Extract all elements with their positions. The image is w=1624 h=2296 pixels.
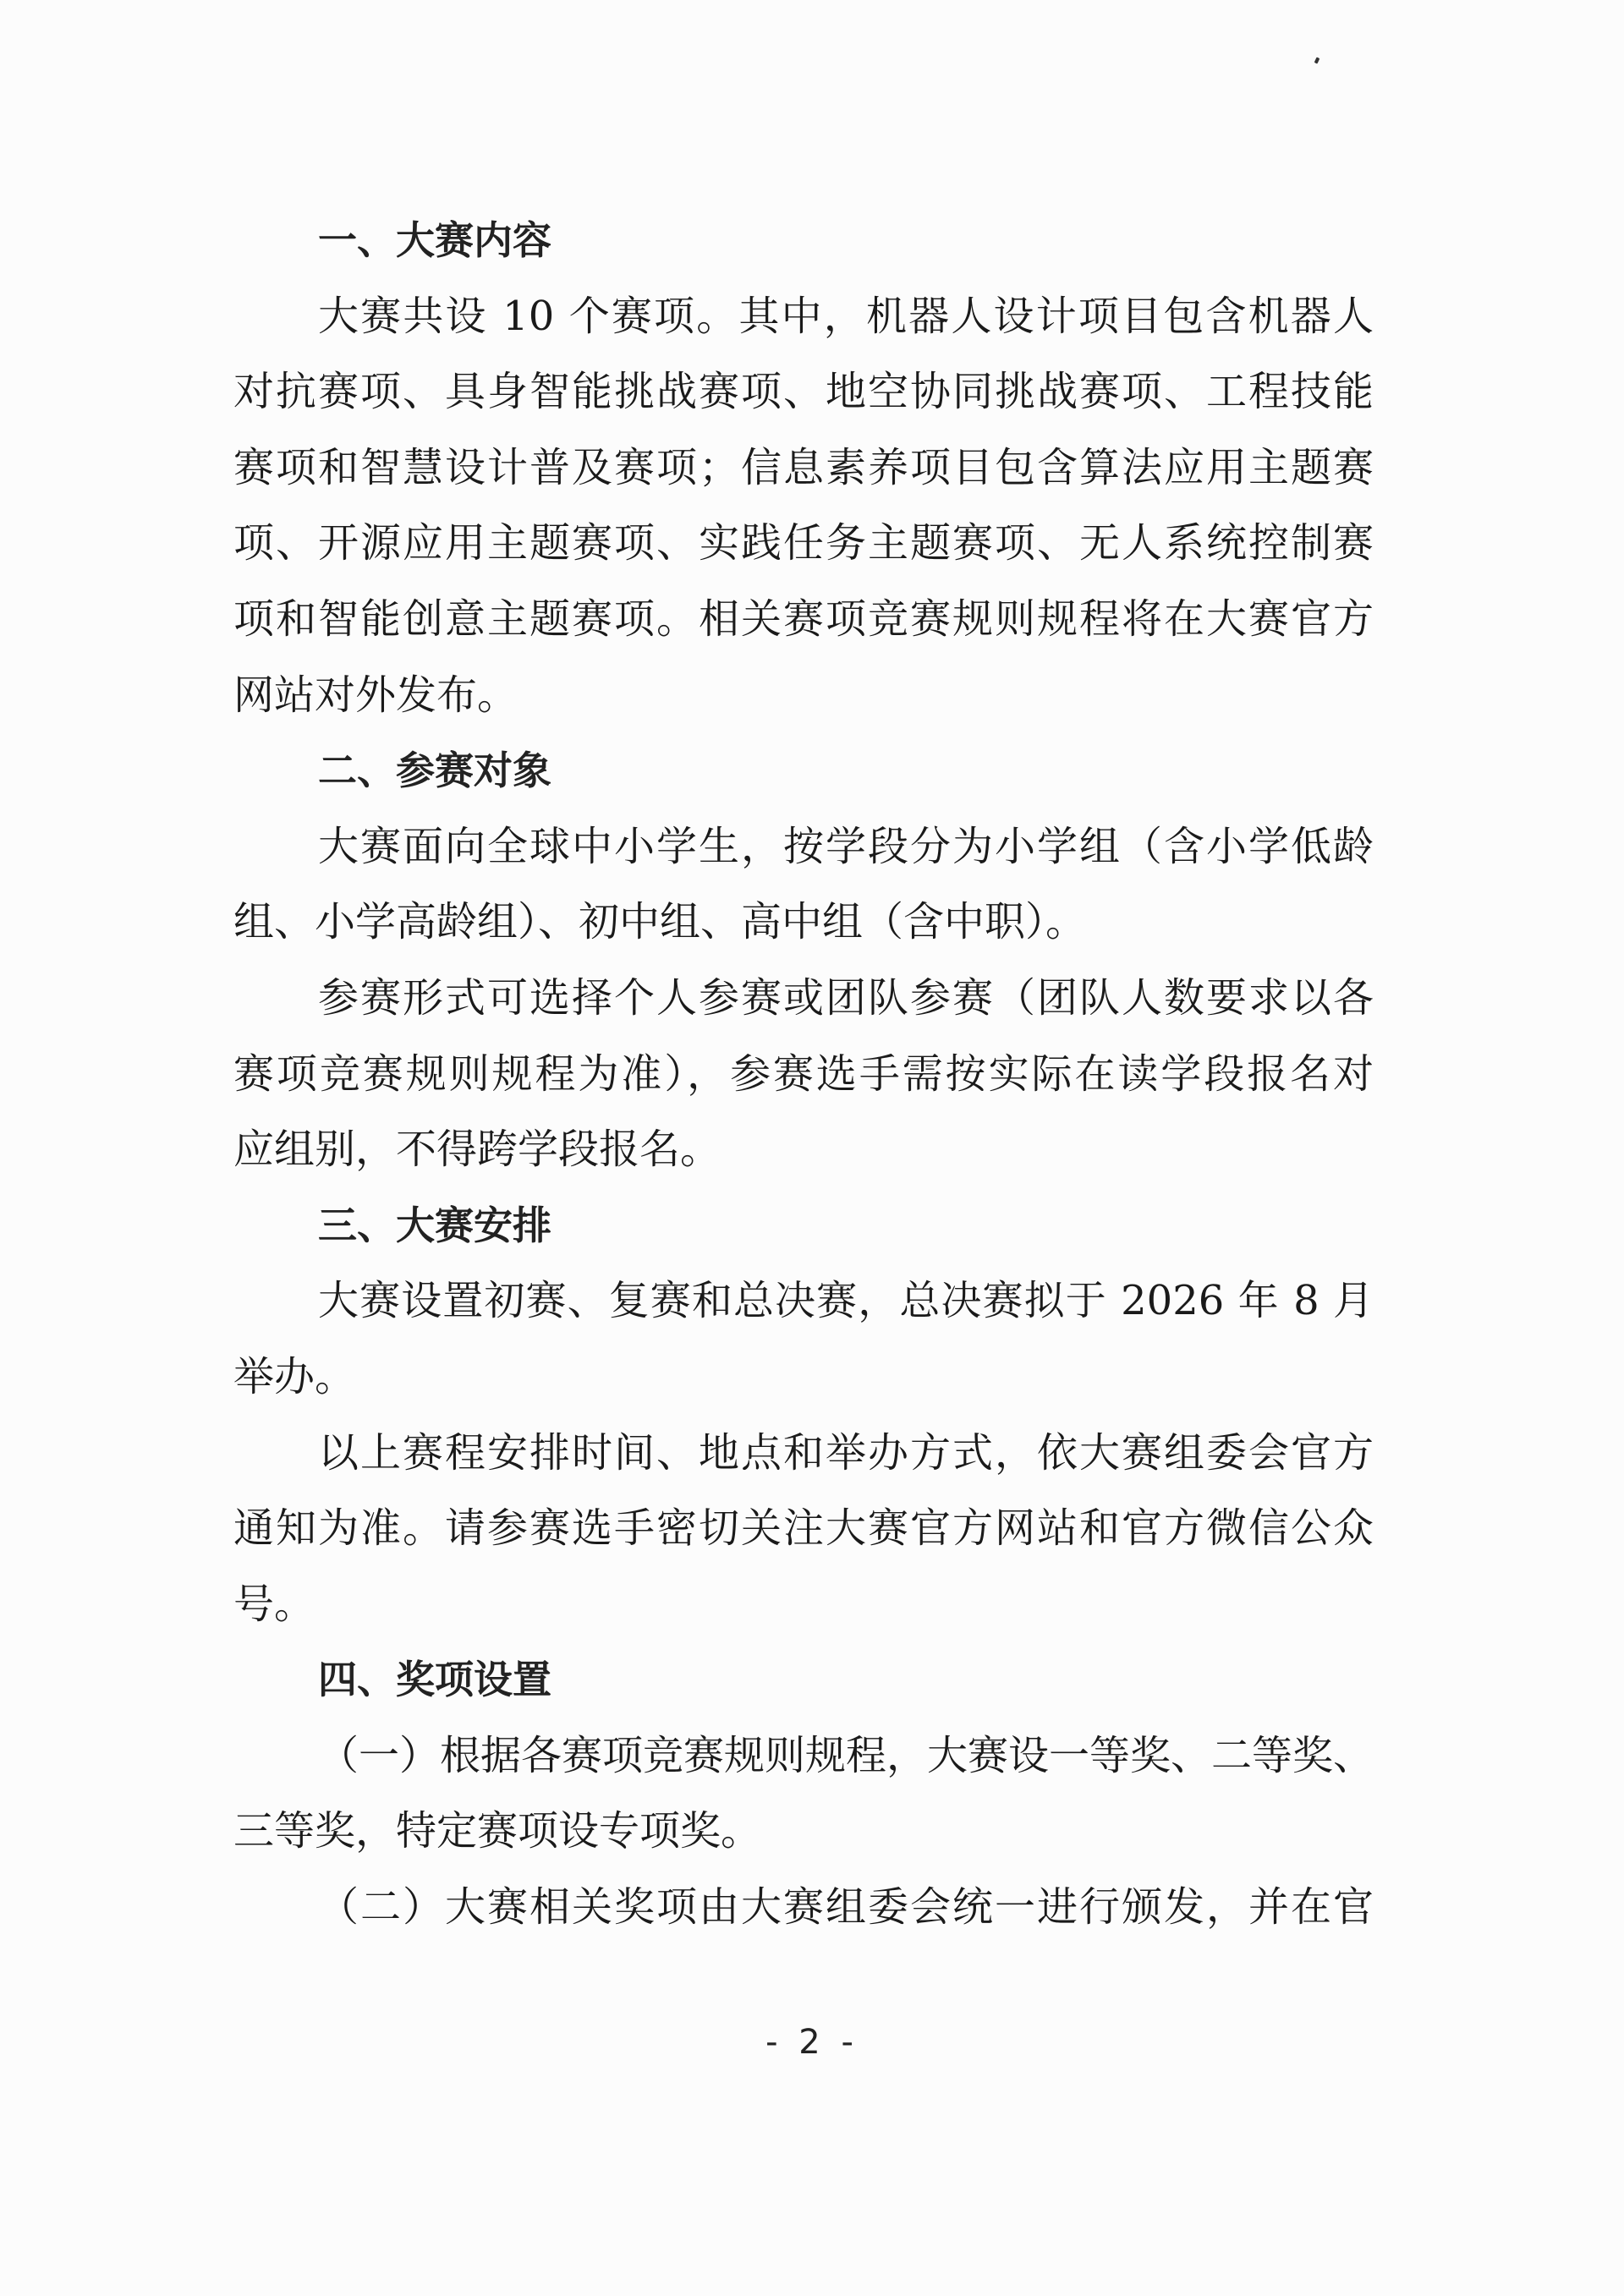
paragraph-line: 举办。 — [233, 1340, 1374, 1416]
paragraph-line: 网站对外发布。 — [233, 658, 1374, 734]
paragraph-line: （二）大赛相关奖项由大赛组委会统一进行颁发，并在官 — [233, 1870, 1374, 1946]
scan-artifact — [1314, 57, 1320, 63]
paragraph-line: 大赛设置初赛、复赛和总决赛，总决赛拟于 2026 年 8 月 — [233, 1263, 1374, 1340]
document-body: 一、大赛内容 大赛共设 10 个赛项。其中，机器人设计项目包含机器人 对抗赛项、… — [233, 203, 1374, 1946]
paragraph-line: 号。 — [233, 1567, 1374, 1643]
paragraph-line: 大赛面向全球中小学生，按学段分为小学组（含小学低龄 — [233, 809, 1374, 885]
paragraph-line: 大赛共设 10 个赛项。其中，机器人设计项目包含机器人 — [233, 279, 1374, 355]
paragraph-line: 项和智能创意主题赛项。相关赛项竞赛规则规程将在大赛官方 — [233, 582, 1374, 658]
paragraph-line: 项、开源应用主题赛项、实践任务主题赛项、无人系统控制赛 — [233, 506, 1374, 582]
paragraph-line: （一）根据各赛项竞赛规则规程，大赛设一等奖、二等奖、 — [233, 1718, 1374, 1795]
section-heading-participants: 二、参赛对象 — [233, 733, 1374, 809]
paragraph-line: 应组别，不得跨学段报名。 — [233, 1112, 1374, 1188]
paragraph-line: 赛项竞赛规则规程为准），参赛选手需按实际在读学段报名对 — [233, 1037, 1374, 1113]
paragraph-line: 组、小学高龄组）、初中组、高中组（含中职）。 — [233, 885, 1374, 961]
page-number: - 2 - — [0, 2023, 1624, 2062]
paragraph-line: 三等奖，特定赛项设专项奖。 — [233, 1794, 1374, 1870]
section-heading-awards: 四、奖项设置 — [233, 1642, 1374, 1718]
paragraph-line: 赛项和智慧设计普及赛项；信息素养项目包含算法应用主题赛 — [233, 430, 1374, 507]
section-heading-schedule: 三、大赛安排 — [233, 1188, 1374, 1264]
section-heading-competition-content: 一、大赛内容 — [233, 203, 1374, 279]
paragraph-line: 通知为准。请参赛选手密切关注大赛官方网站和官方微信公众 — [233, 1491, 1374, 1567]
paragraph-line: 对抗赛项、具身智能挑战赛项、地空协同挑战赛项、工程技能 — [233, 354, 1374, 430]
document-page: 一、大赛内容 大赛共设 10 个赛项。其中，机器人设计项目包含机器人 对抗赛项、… — [0, 0, 1624, 2296]
paragraph-line: 参赛形式可选择个人参赛或团队参赛（团队人数要求以各 — [233, 961, 1374, 1037]
paragraph-line: 以上赛程安排时间、地点和举办方式，依大赛组委会官方 — [233, 1416, 1374, 1492]
